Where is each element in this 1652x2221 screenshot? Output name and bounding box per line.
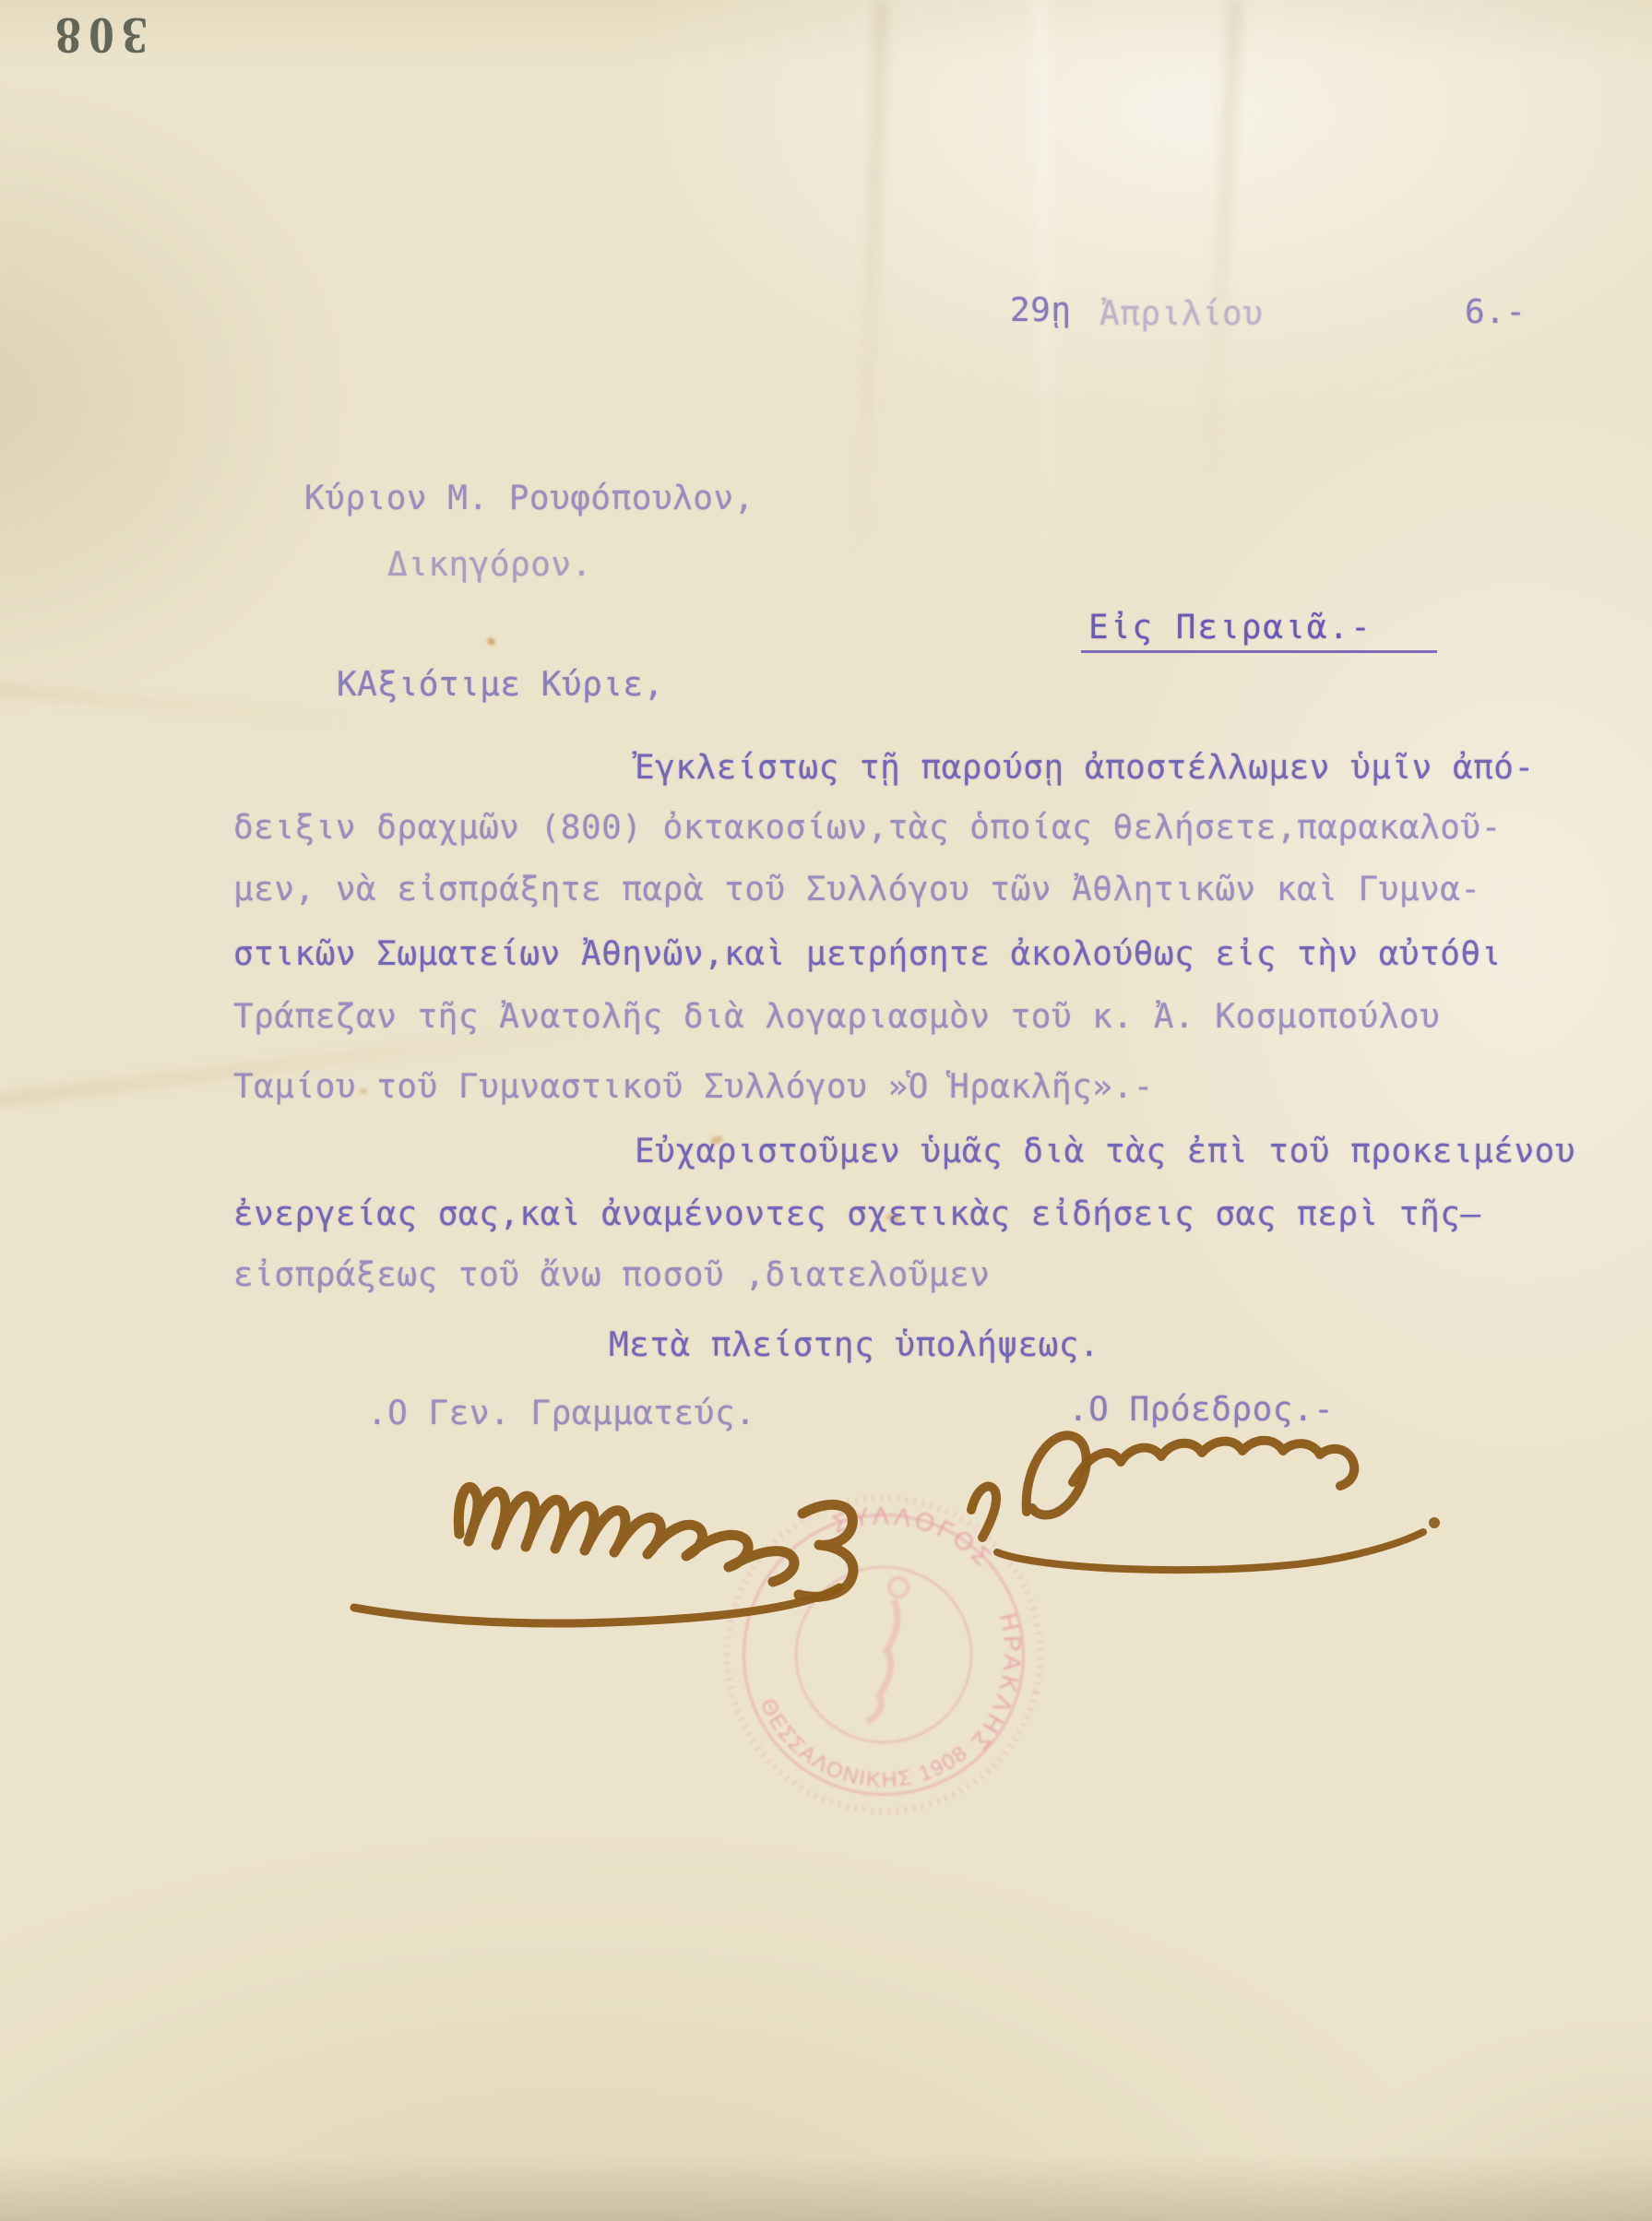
date-day: 29ῃ <box>1010 291 1072 329</box>
body-line: Εὐχαριστοῦμεν ὑμᾶς διὰ τὰς ἐπὶ τοῦ προκε… <box>635 1133 1575 1170</box>
body-line: Τράπεζαν τῆς Ἀνατολῆς διὰ λογαριασμὸν το… <box>233 998 1440 1036</box>
body-line: εἰσπράξεως τοῦ ἄνω ποσοῦ ,διατελοῦμεν <box>233 1256 990 1294</box>
recipient-name: Κύριον Μ. Ρουφόπουλον, <box>304 480 755 517</box>
date-month: Ἀπριλίου <box>1099 295 1263 333</box>
closing-line: Μετὰ πλείστης ὑπολήψεως. <box>609 1326 1099 1364</box>
paper-spot <box>486 636 496 647</box>
body-line: Ἐγκλείστως τῇ παρούσῃ ἀποστέλλωμεν ὑμῖν … <box>635 749 1535 787</box>
stamp-bottom-arc-text: ΘΕΣΣΑΛΟΝΙΚΗΣ 1908 <box>743 1691 977 1815</box>
paper-crease <box>857 0 886 572</box>
svg-text:ΘΕΣΣΑΛΟΝΙΚΗΣ 1908: ΘΕΣΣΑΛΟΝΙΚΗΣ 1908 <box>743 1691 977 1815</box>
president-signature <box>918 1388 1448 1628</box>
body-line: Ταμίου τοῦ Γυμναστικοῦ Συλλόγου »Ὁ Ἡρακλ… <box>233 1068 1154 1106</box>
recipient-title: Δικηγόρον. <box>387 546 592 584</box>
archive-number: 308 <box>48 6 148 65</box>
body-line: ἐνεργείας σας,καὶ ἀναμένοντες σχετικὰς ε… <box>233 1195 1481 1233</box>
body-line: στικῶν Σωματείων Ἀθηνῶν,καὶ μετρήσητε ἀκ… <box>233 935 1502 973</box>
place-line: Εἰς Πειραιᾶ.- <box>1081 609 1437 653</box>
salutation: ΚΑξιότιμε Κύριε, <box>337 666 664 704</box>
body-line: μεν, νὰ εἰσπράξητε παρὰ τοῦ Συλλόγου τῶν… <box>233 871 1481 909</box>
svg-text:ΗΡΑΚΛΗΣ: ΗΡΑΚΛΗΣ <box>960 1605 1040 1764</box>
paper-crease <box>1036 0 1055 701</box>
date-year: 6.- <box>1465 293 1527 331</box>
stamp-right-text: ΗΡΑΚΛΗΣ <box>960 1605 1040 1764</box>
body-line: δειξιν δραχμῶν (800) ὀκτακοσίων,τὰς ὁποί… <box>233 809 1502 847</box>
paper-crease <box>0 684 360 726</box>
paper-crease <box>1205 0 1241 480</box>
letter-page: 308 29ῃ Ἀπριλίου 6.- Κύριον Μ. Ρουφόπουλ… <box>0 0 1652 2221</box>
secretary-signature <box>323 1425 950 1637</box>
